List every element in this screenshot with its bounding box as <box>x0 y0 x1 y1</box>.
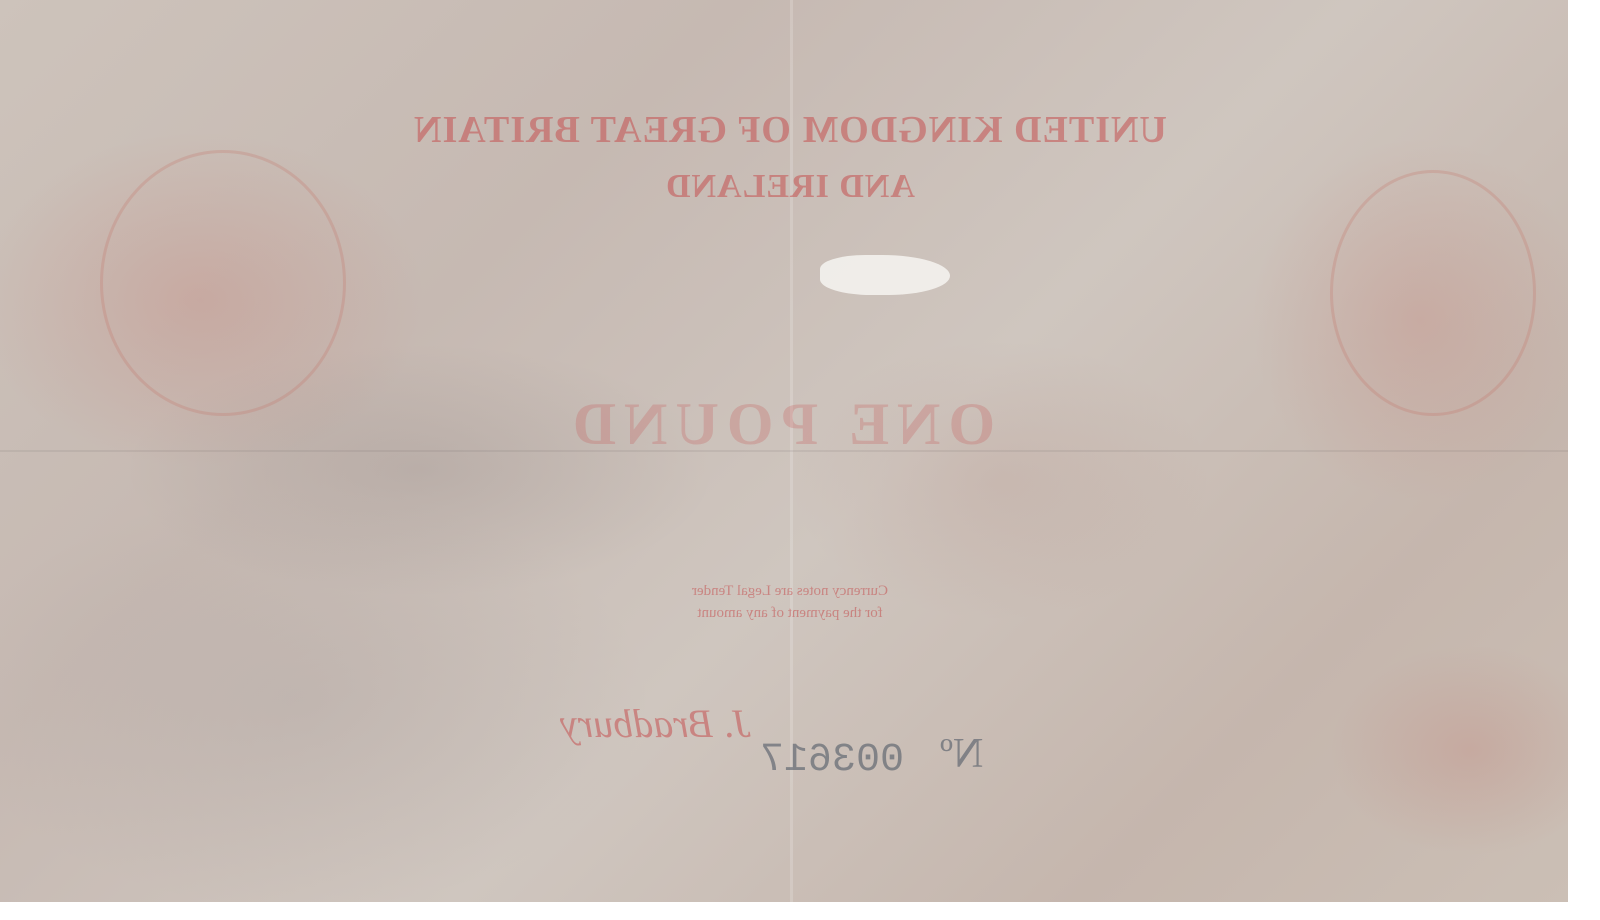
fine-print-line: for the payment of any amount <box>520 602 1060 624</box>
fine-print-line: Currency notes are Legal Tender <box>520 580 1060 602</box>
right-seal-showthrough <box>1330 170 1536 416</box>
banknote-reverse: UNITED KINGDOM OF GREAT BRITAIN AND IREL… <box>0 0 1568 902</box>
title-line-2: AND IRELAND <box>560 168 1020 206</box>
title-line-1: UNITED KINGDOM OF GREAT BRITAIN <box>380 108 1200 152</box>
serial-number: 003617 <box>760 738 904 783</box>
left-seal-showthrough <box>100 150 346 416</box>
fine-print: Currency notes are Legal Tender for the … <box>520 580 1060 624</box>
serial-prefix-text: Nº <box>940 731 983 777</box>
signature: J. Bradbury <box>560 700 751 747</box>
serial-prefix: Nº <box>940 730 983 778</box>
paper-damage-spot <box>820 255 950 295</box>
denomination: ONE POUND <box>330 390 1230 459</box>
